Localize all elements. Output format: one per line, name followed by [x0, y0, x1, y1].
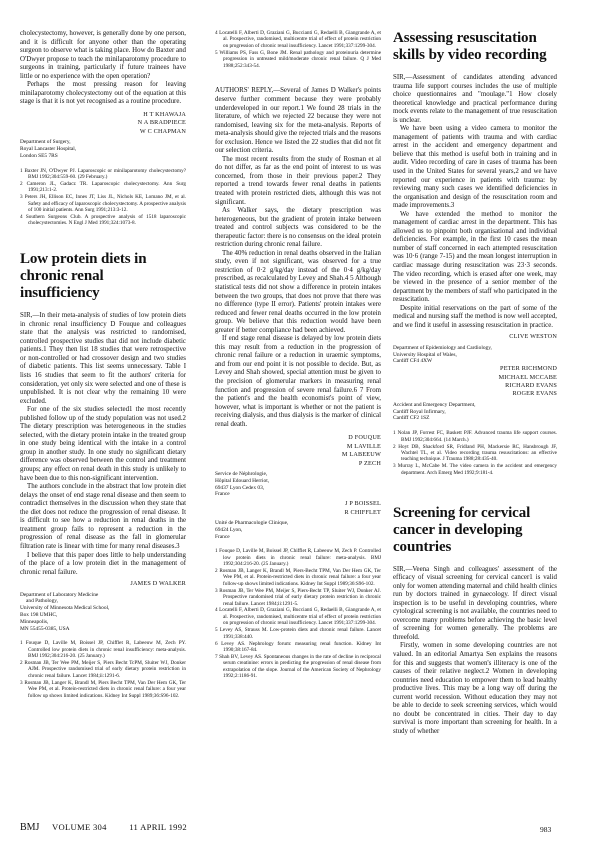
reference: 4 Southern Surgeons Club. A prospective … — [20, 214, 186, 227]
address-line: MN 55455-0385, USA — [20, 626, 186, 633]
author-address: Service de Néphrologie, Hôpital Edouard … — [215, 471, 381, 498]
signatory: J P BOISSEL — [215, 500, 381, 508]
reply-paragraph: AUTHORS' REPLY,—Several of James D Walke… — [215, 87, 381, 155]
volume: VOLUME 304 — [52, 822, 107, 832]
letter-paragraph: I believe that this paper does little to… — [20, 552, 186, 578]
letter-paragraph: The authors conclude in the abstract tha… — [20, 483, 186, 551]
reference: 2 Hoyt DB, Shackford SR, Fridland PH, Ma… — [393, 444, 557, 463]
reference: 1 Fouque D, Laville M, Boissel JP, Chiff… — [215, 548, 381, 567]
signatory: ROGER EVANS — [393, 390, 557, 398]
letter-paragraph: Perhaps the most pressing reason for lea… — [20, 81, 186, 107]
address-line: Minneapolis, — [20, 619, 186, 626]
address-line: 69424 Lyon, — [215, 527, 381, 534]
article-title-resuscitation: Assessing resuscitation skills by video … — [393, 30, 557, 64]
reference: 2 Rosman JB, Langer K, Brandl M, Piers-B… — [215, 568, 381, 587]
letter-paragraph: Firstly, women in some developing countr… — [393, 642, 557, 736]
letter-paragraph: We have been using a video camera to mon… — [393, 125, 557, 210]
letter-paragraph: We have extended the method to monitor t… — [393, 211, 557, 305]
address-line: London SE5 7RS — [20, 153, 186, 160]
reference: 1 Nolan JP, Forrest FC, Baskett PJF. Adv… — [393, 430, 557, 443]
address-line: Cardiff CF4 4XW — [393, 358, 557, 365]
column-3: Assessing resuscitation skills by video … — [393, 30, 557, 737]
reference: 4 Locatelli F, Alberti D, Graziani G, Bu… — [215, 30, 381, 49]
letter-paragraph: Despite initial reservations on the part… — [393, 305, 557, 331]
journal-name: BMJ — [20, 822, 39, 833]
author-address: Unité de Pharmacologie Clinique, 69424 L… — [215, 520, 381, 540]
letter-paragraph: cholecystectomy, however, is generally d… — [20, 30, 186, 81]
signatory: PETER RICHMOND — [393, 365, 557, 373]
address-line: Box 198 UMHC, — [20, 612, 186, 619]
signatory: RICHARD EVANS — [393, 382, 557, 390]
reference: 3 Rosman JB, Langer K, Brandl M, Piers B… — [20, 680, 186, 699]
address-line: Department of Epidemiology and Cardiolog… — [393, 345, 557, 352]
signatory: M LABEEUW — [215, 451, 381, 459]
reference: 3 Rosman JB, Ter Wee PM, Meijer S, Piers… — [215, 588, 381, 607]
reference: 3 Murray L, McCabe M. The video camera i… — [393, 463, 557, 476]
reply-paragraph: The most recent results from the study o… — [215, 156, 381, 207]
signatory: CLIVE WESTON — [393, 333, 557, 341]
address-line: Hôpital Edouard Herriot, — [215, 478, 381, 485]
author-address: Department of Laboratory Medicine and Pa… — [20, 592, 186, 633]
reference-list: 1 Nolan JP, Forrest FC, Baskett PJF. Adv… — [393, 430, 557, 476]
reference: 3 Peters JH, Ellison EC, Innes JT, Liss … — [20, 194, 186, 213]
signatory: MICHAEL MCCABE — [393, 374, 557, 382]
page-number: 983 — [540, 825, 551, 834]
reference-list: 1 Fouque D, Laville M, Boissel JP, Chiff… — [20, 640, 186, 699]
column-1: cholecystectomy, however, is generally d… — [20, 30, 186, 699]
address-line: Royal Lancaster Hospital, — [20, 146, 186, 153]
letter-paragraph: For one of the six studies selected1 the… — [20, 406, 186, 483]
reply-paragraph: If end stage renal disease is delayed by… — [215, 335, 381, 429]
reference: 1 Baxter JN, O'Dwyer PJ. Laparoscopic or… — [20, 168, 186, 181]
article-title-low-protein: Low protein diets in chronic renal insuf… — [20, 251, 186, 302]
address-line: Department of Laboratory Medicine — [20, 592, 186, 599]
letter-paragraph: SIR,—Assessment of candidates attending … — [393, 74, 557, 125]
address-line: France — [215, 534, 381, 541]
address-line: University of Minnesota Medical School, — [20, 605, 186, 612]
reference-list: 4 Locatelli F, Alberti D, Graziani G, Bu… — [215, 30, 381, 69]
address-line: 69437 Lyon Cedex 03, — [215, 485, 381, 492]
letter-paragraph: SIR,—Veena Singh and colleagues' assessm… — [393, 566, 557, 643]
signatory: R CHIFFLET — [215, 509, 381, 517]
letter-paragraph: SIR,—In their meta-analysis of studies o… — [20, 312, 186, 406]
author-address: Accident and Emergency Department, Cardi… — [393, 402, 557, 422]
reference: 1 Fouque D, Laville M, Boissel JP, Chiff… — [20, 640, 186, 659]
address-line: Department of Surgery, — [20, 139, 186, 146]
address-line: Service de Néphrologie, — [215, 471, 381, 478]
reference: 2 Rosman JB, Ter Wee PM, Meijer S, Piers… — [20, 660, 186, 679]
reference-list: 1 Fouque D, Laville M, Boissel JP, Chiff… — [215, 548, 381, 679]
reply-paragraph: As Walker says, the dietary prescription… — [215, 207, 381, 250]
signatory: JAMES D WALKER — [20, 580, 186, 588]
issue-date: 11 APRIL 1992 — [129, 822, 187, 832]
author-address: Department of Epidemiology and Cardiolog… — [393, 345, 557, 365]
signatory: H T KHAWAJA — [20, 111, 186, 119]
signatory: W C CHAPMAN — [20, 128, 186, 136]
address-line: Unité de Pharmacologie Clinique, — [215, 520, 381, 527]
signatory: D FOUQUE — [215, 434, 381, 442]
reference: 5 Levey AS, Strauss M. Low-protein diets… — [215, 627, 381, 640]
author-address: Department of Surgery, Royal Lancaster H… — [20, 139, 186, 159]
address-line: Accident and Emergency Department, — [393, 402, 557, 409]
signatory: P ZECH — [215, 460, 381, 468]
page-footer: BMJ VOLUME 304 11 APRIL 1992 — [20, 822, 187, 833]
reference: 4 Locatelli F, Alberti D, Graziani G, Bu… — [215, 607, 381, 626]
signatory: M LAVILLE — [215, 443, 381, 451]
reference-list: 1 Baxter JN, O'Dwyer PJ. Laparoscopic or… — [20, 168, 186, 227]
reference: 2 Cameron JL, Gadacz TR. Laparoscopic ch… — [20, 181, 186, 194]
reply-paragraph: The 40% reduction in renal deaths observ… — [215, 250, 381, 335]
article-title-cervical-screening: Screening for cervical cancer in develop… — [393, 505, 557, 556]
reference: 6 Levey AS. Nephrology forum: measuring … — [215, 641, 381, 654]
reference: 7 Shah BV, Levey AS. Spontaneous changes… — [215, 654, 381, 680]
column-2: 4 Locatelli F, Alberti D, Graziani G, Bu… — [215, 30, 381, 680]
reference: 5 Williams PS, Fass G, Bone JM. Renal pa… — [215, 50, 381, 69]
signatory: N A BRADPIECE — [20, 119, 186, 127]
address-line: Cardiff CF2 1SZ — [393, 415, 557, 422]
address-line: France — [215, 491, 381, 498]
